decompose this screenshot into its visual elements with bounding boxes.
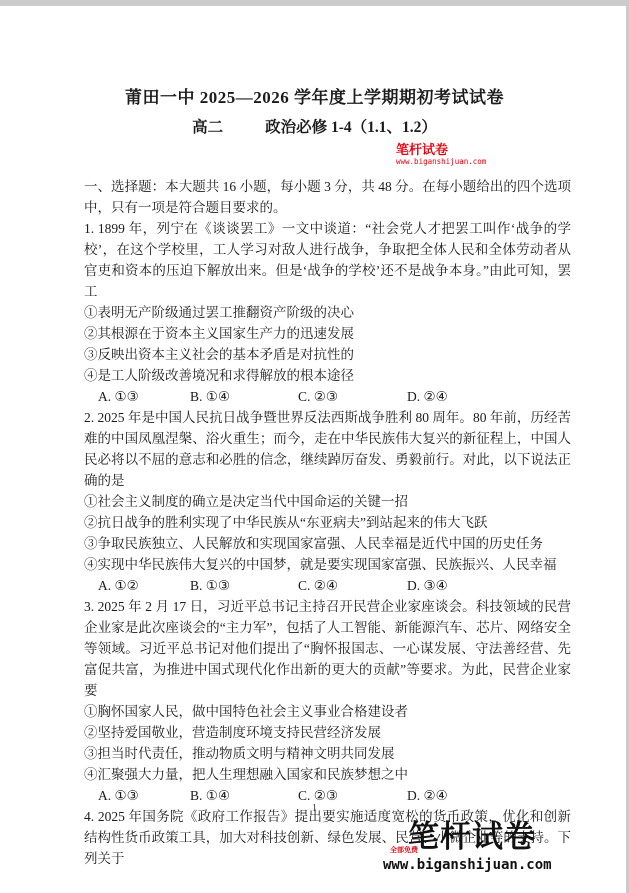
question-block-2: 2. 2025 年是中国人民抗日战争暨世界反法西斯战争胜利 80 周年。80 年… (84, 407, 571, 596)
question-block-3: 3. 2025 年 2 月 17 日，习近平总书记主持召开民营企业家座谈会。科技… (84, 596, 571, 806)
exam-body: 一、选择题：本大题共 16 小题，每小题 3 分，共 48 分。在每小题给出的四… (84, 176, 571, 869)
question-item: ②坚持爱国敬业，营造制度环境支持民营经济发展 (84, 722, 571, 743)
choice-a: A. ①② (98, 575, 190, 596)
question-item: ④汇聚强大力量，把人生理想融入国家和民族梦想之中 (84, 764, 571, 785)
choice-c: C. ②③ (298, 386, 407, 407)
choice-d: D. ③④ (407, 575, 571, 596)
question-item: ②抗日战争的胜利实现了中华民族从“东亚病夫”到站起来的伟大飞跃 (84, 512, 571, 533)
logo-brand: 笔杆试卷 (408, 818, 536, 855)
page-top-border (0, 0, 629, 6)
choice-c: C. ②④ (298, 575, 407, 596)
question-stem: 3. 2025 年 2 月 17 日，习近平总书记主持召开民营企业家座谈会。科技… (84, 596, 571, 701)
watermark-brand: 笔杆试卷 (396, 143, 486, 156)
question-item: ③争取民族独立、人民解放和实现国家富强、人民幸福是近代中国的历史任务 (84, 533, 571, 554)
question-block-1: 1. 1899 年，列宁在《谈谈罢工》一文中谈道：“社会党人才把罢工叫作‘战争的… (84, 218, 571, 407)
exam-header: 莆田一中 2025—2026 学年度上学期期初考试试卷 高二政治必修 1-4（1… (0, 86, 629, 140)
subtitle-grade: 高二 (192, 119, 223, 136)
question-stem: 1. 1899 年，列宁在《谈谈罢工》一文中谈道：“社会党人才把罢工叫作‘战争的… (84, 218, 571, 302)
subtitle-course: 政治必修 1-4（1.1、1.2） (265, 119, 437, 136)
page-title: 莆田一中 2025—2026 学年度上学期期初考试试卷 (0, 86, 629, 110)
question-item: ④实现中华民族伟大复兴的中国梦，就是要实现国家富强、民族振兴、人民幸福 (84, 554, 571, 575)
question-item: ②其根源在于资本主义国家生产力的迅速发展 (84, 323, 571, 344)
question-item: ③担当时代责任，推动物质文明与精神文明共同发展 (84, 743, 571, 764)
biganshijuan-logo: 全部免费 笔杆试卷 www.biganshijuan.com (383, 818, 623, 886)
section-intro: 一、选择题：本大题共 16 小题，每小题 3 分，共 48 分。在每小题给出的四… (84, 176, 571, 218)
choices-row: A. ①② B. ①③ C. ②④ D. ③④ (98, 575, 571, 596)
question-item: ①社会主义制度的确立是决定当代中国命运的关键一招 (84, 491, 571, 512)
choice-a: A. ①③ (98, 386, 190, 407)
question-stem: 2. 2025 年是中国人民抗日战争暨世界反法西斯战争胜利 80 周年。80 年… (84, 407, 571, 491)
page-subtitle: 高二政治必修 1-4（1.1、1.2） (0, 116, 629, 140)
page-number: 1 (0, 803, 629, 814)
question-item: ④是工人阶级改善境况和求得解放的根本途径 (84, 365, 571, 386)
watermark-stamp: 笔杆试卷 www.biganshijuan.com (396, 143, 486, 166)
question-item: ③反映出资本主义社会的基本矛盾是对抗性的 (84, 344, 571, 365)
question-item: ①表明无产阶级通过罢工推翻资产阶级的决心 (84, 302, 571, 323)
logo-url: www.biganshijuan.com (383, 857, 552, 874)
choice-d: D. ②④ (407, 386, 571, 407)
question-item: ①胸怀国家人民，做中国特色社会主义事业合格建设者 (84, 701, 571, 722)
choices-row: A. ①③ B. ①④ C. ②③ D. ②④ (98, 386, 571, 407)
choice-b: B. ①③ (190, 575, 298, 596)
choice-b: B. ①④ (190, 386, 298, 407)
watermark-url: www.biganshijuan.com (396, 158, 486, 166)
